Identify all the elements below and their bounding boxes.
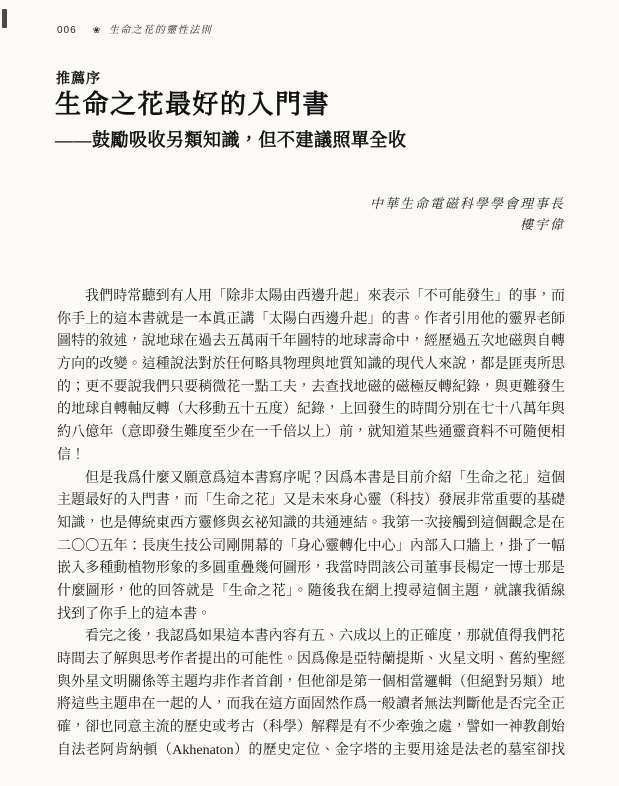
body-line: 與外星文明關係等主題均非作者首創，但他卻是第一個相當邏輯（但絕對另類）地 [57,672,565,695]
body-line: 時間去了解與思考作者提出的可能性。因爲像是亞特蘭提斯、火星文明、舊約聖經 [57,649,565,672]
body-text: 我們時常聽到有人用「除非太陽由西邊升起」來表示「不可能發生」的事，而你手上的這本… [57,286,565,762]
page-subtitle: ——鼓勵吸收另類知識，但不建議照單全收 [55,128,407,152]
book-page: 006❀生命之花的靈性法則 推薦序 生命之花最好的入門書 ——鼓勵吸收另類知識，… [0,0,619,786]
body-line: 知識，也是傳統東西方靈修與玄祕知識的共通連結。我第一次接觸到這個觀念是在 [57,513,565,536]
body-line: 約八億年（意即發生難度至少在一千倍以上）前，就知道某些通靈資料不可隨便相 [57,422,565,445]
body-line: 我們時常聽到有人用「除非太陽由西邊升起」來表示「不可能發生」的事，而 [57,286,565,309]
body-line: 你手上的這本書就是一本眞正講「太陽白西邊升起」的書。作者引用他的靈界老師 [57,309,565,332]
body-line: 信！ [57,445,565,468]
page-title: 生命之花最好的入門書 [55,89,330,121]
body-line: 找到了你手上的這本書。 [57,604,565,627]
body-line: 自法老阿肯納頓（Akhenaton）的歷史定位、金字塔的主要用途是法老的墓室卻找… [57,740,565,763]
preface-label: 推薦序 [56,68,101,88]
running-header: 006❀生命之花的靈性法則 [57,21,212,36]
body-line: 將這些主題串在一起的人，而我在這方面固然作爲一般讀者無法判斷他是否完全正 [57,694,565,717]
body-line: 圖特的敘述，說地球在過去五萬兩千年圖特的地球壽命中，經歷過五次地磁與自轉 [57,331,565,354]
body-line: 二〇〇五年：長庚生技公司剛開幕的「身心靈轉化中心」內部入口牆上，掛了一幅 [57,536,565,559]
florette-icon: ❀ [93,25,102,35]
body-line: 看完之後，我認爲如果這本書內容有五、六成以上的正確度，那就值得我們花 [57,626,565,649]
author-block: 中華生命電磁科學學會理事長 樓宇偉 [370,193,565,235]
scan-artifact [2,9,7,28]
body-line: 方向的改變。這種說法對於任何略具物理與地質知識的現代人來說，都是匪夷所思 [57,354,565,377]
body-line: 但是我爲什麼又願意爲這本書寫序呢？因爲本書是目前介紹「生命之花」這個 [57,468,565,491]
body-line: 主題最好的入門書，而「生命之花」又是未來身心靈（科技）發展非常重要的基礎 [57,490,565,513]
body-line: 嵌入多種動植物形象的多圓重疊幾何圖形，我當時問該公司董事長楊定一博士那是 [57,558,565,581]
running-book-title: 生命之花的靈性法則 [109,25,213,36]
body-line: 的；更不要說我們只要稍微花一點工夫，去查找地磁的磁極反轉紀錄，與更難發生 [57,377,565,400]
page-number: 006 [57,25,77,36]
body-line: 確，卻也同意主流的歷史或考古（科學）解釋是有不少牽強之處，譬如一神教創始 [57,717,565,740]
author-affiliation: 中華生命電磁科學學會理事長 [370,193,565,214]
body-line: 的地球自轉軸反轉（大移動五十五度）紀錄，上回發生的時間分別在七十八萬年與 [57,399,565,422]
author-name: 樓宇偉 [370,214,565,235]
body-line: 什麼圖形，他的回答就是「生命之花」。隨後我在網上搜尋這個主題，就讓我循線 [57,581,565,604]
